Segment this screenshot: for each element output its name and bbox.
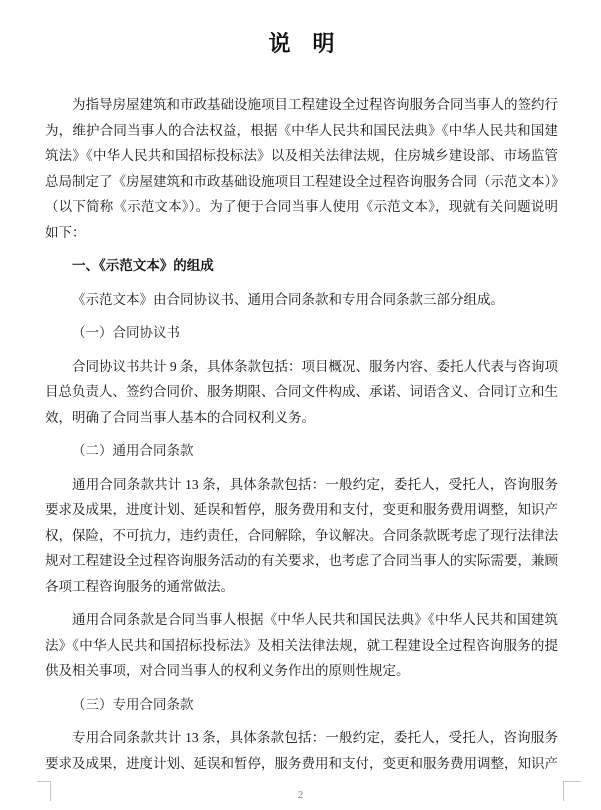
subsection-heading-agreement: （一）合同协议书: [45, 320, 558, 346]
paragraph-composition: 《示范文本》由合同协议书、通用合同条款和专用合同条款三部分组成。: [45, 287, 558, 313]
document-title: 说 明: [45, 30, 558, 58]
subsection-heading-special-terms: （三）专用合同条款: [45, 692, 558, 718]
paragraph-agreement-clauses: 合同协议书共计 9 条，具体条款包括：项目概况、服务内容、委托人代表与咨询项目总…: [45, 354, 558, 431]
document-body: 说 明 为指导房屋建筑和市政基础设施项目工程建设全过程咨询服务合同当事人的签约行…: [45, 0, 558, 784]
subsection-heading-general-terms: （二）通用合同条款: [45, 438, 558, 464]
page-number: 2: [0, 788, 601, 802]
document-page: 说 明 为指导房屋建筑和市政基础设施项目工程建设全过程咨询服务合同当事人的签约行…: [0, 0, 601, 810]
paragraph-general-terms-basis: 通用合同条款是合同当事人根据《中华人民共和国民法典》《中华人民共和国建筑法》《中…: [45, 607, 558, 684]
paragraph-intro: 为指导房屋建筑和市政基础设施项目工程建设全过程咨询服务合同当事人的签约行为，维护…: [45, 92, 558, 245]
page-footer: 2: [0, 781, 601, 810]
paragraph-general-terms-clauses: 通用合同条款共计 13 条，具体条款包括：一般约定，委托人，受托人，咨询服务要求…: [45, 472, 558, 600]
section-heading-composition: 一、《示范文本》的组成: [45, 253, 558, 279]
paragraph-special-terms-clauses: 专用合同条款共计 13 条，具体条款包括：一般约定，委托人，受托人，咨询服务要求…: [45, 725, 558, 776]
